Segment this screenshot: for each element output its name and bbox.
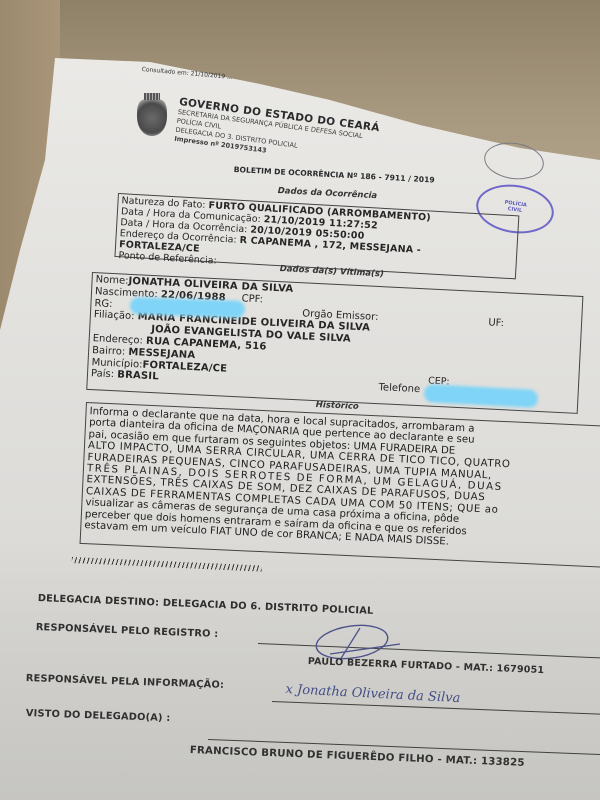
history-end-hatch bbox=[72, 557, 262, 572]
history-section-title: Histórico bbox=[316, 400, 359, 412]
destination-precinct-value: DELEGACIA DO 6. DISTRITO POLICIAL bbox=[163, 598, 374, 617]
rg-label: RG: bbox=[94, 298, 113, 310]
occurrence-section-title: Dados da Ocorrência bbox=[277, 186, 377, 201]
country-value: BRASIL bbox=[117, 370, 159, 383]
uf-label: UF: bbox=[488, 317, 504, 329]
cpf-label: CPF: bbox=[241, 293, 263, 305]
registrar-name: PAULO BEZERRA FURTADO - MAT.: 1679051 bbox=[308, 656, 545, 676]
destination-precinct-label: DELEGACIA DESTINO: bbox=[38, 593, 160, 609]
occurrence-fields: Natureza do Fato: FURTO QUALIFICADO (ARR… bbox=[118, 195, 431, 278]
consultation-note: Consultado em: 21/10/2019 ... bbox=[141, 66, 233, 81]
destination-precinct: DELEGACIA DESTINO: DELEGACIA DO 6. DISTR… bbox=[38, 593, 374, 617]
police-report-document: Consultado em: 21/10/2019 ... GOVERNO DO… bbox=[0, 0, 600, 800]
parentage-label: Filiação: bbox=[94, 310, 135, 323]
phone-label: Telefone bbox=[378, 383, 420, 396]
country-label: País: bbox=[91, 368, 115, 380]
history-text: Informa o declarante que na data, hora e… bbox=[84, 406, 512, 551]
registrar-label: RESPONSÁVEL PELO REGISTRO : bbox=[36, 622, 219, 640]
history-box: Informa o declarante que na data, hora e… bbox=[80, 402, 600, 567]
report-number-title: BOLETIM DE OCORRÊNCIA Nº 186 - 7911 / 20… bbox=[234, 165, 435, 185]
gray-stamp-icon bbox=[482, 139, 546, 183]
stamp-text: POLÍCIA CIVIL bbox=[496, 198, 535, 215]
name-label: Nome: bbox=[95, 274, 128, 287]
informant-label: RESPONSÁVEL PELA INFORMAÇÃO: bbox=[26, 673, 225, 691]
delegate-visa-label: VISTO DO DELEGADO(A) : bbox=[26, 708, 171, 724]
state-crest-icon bbox=[137, 96, 167, 136]
document-header: GOVERNO DO ESTADO DO CEARÁ SECRETARIA DA… bbox=[174, 96, 381, 170]
district-label: Bairro: bbox=[92, 345, 126, 358]
